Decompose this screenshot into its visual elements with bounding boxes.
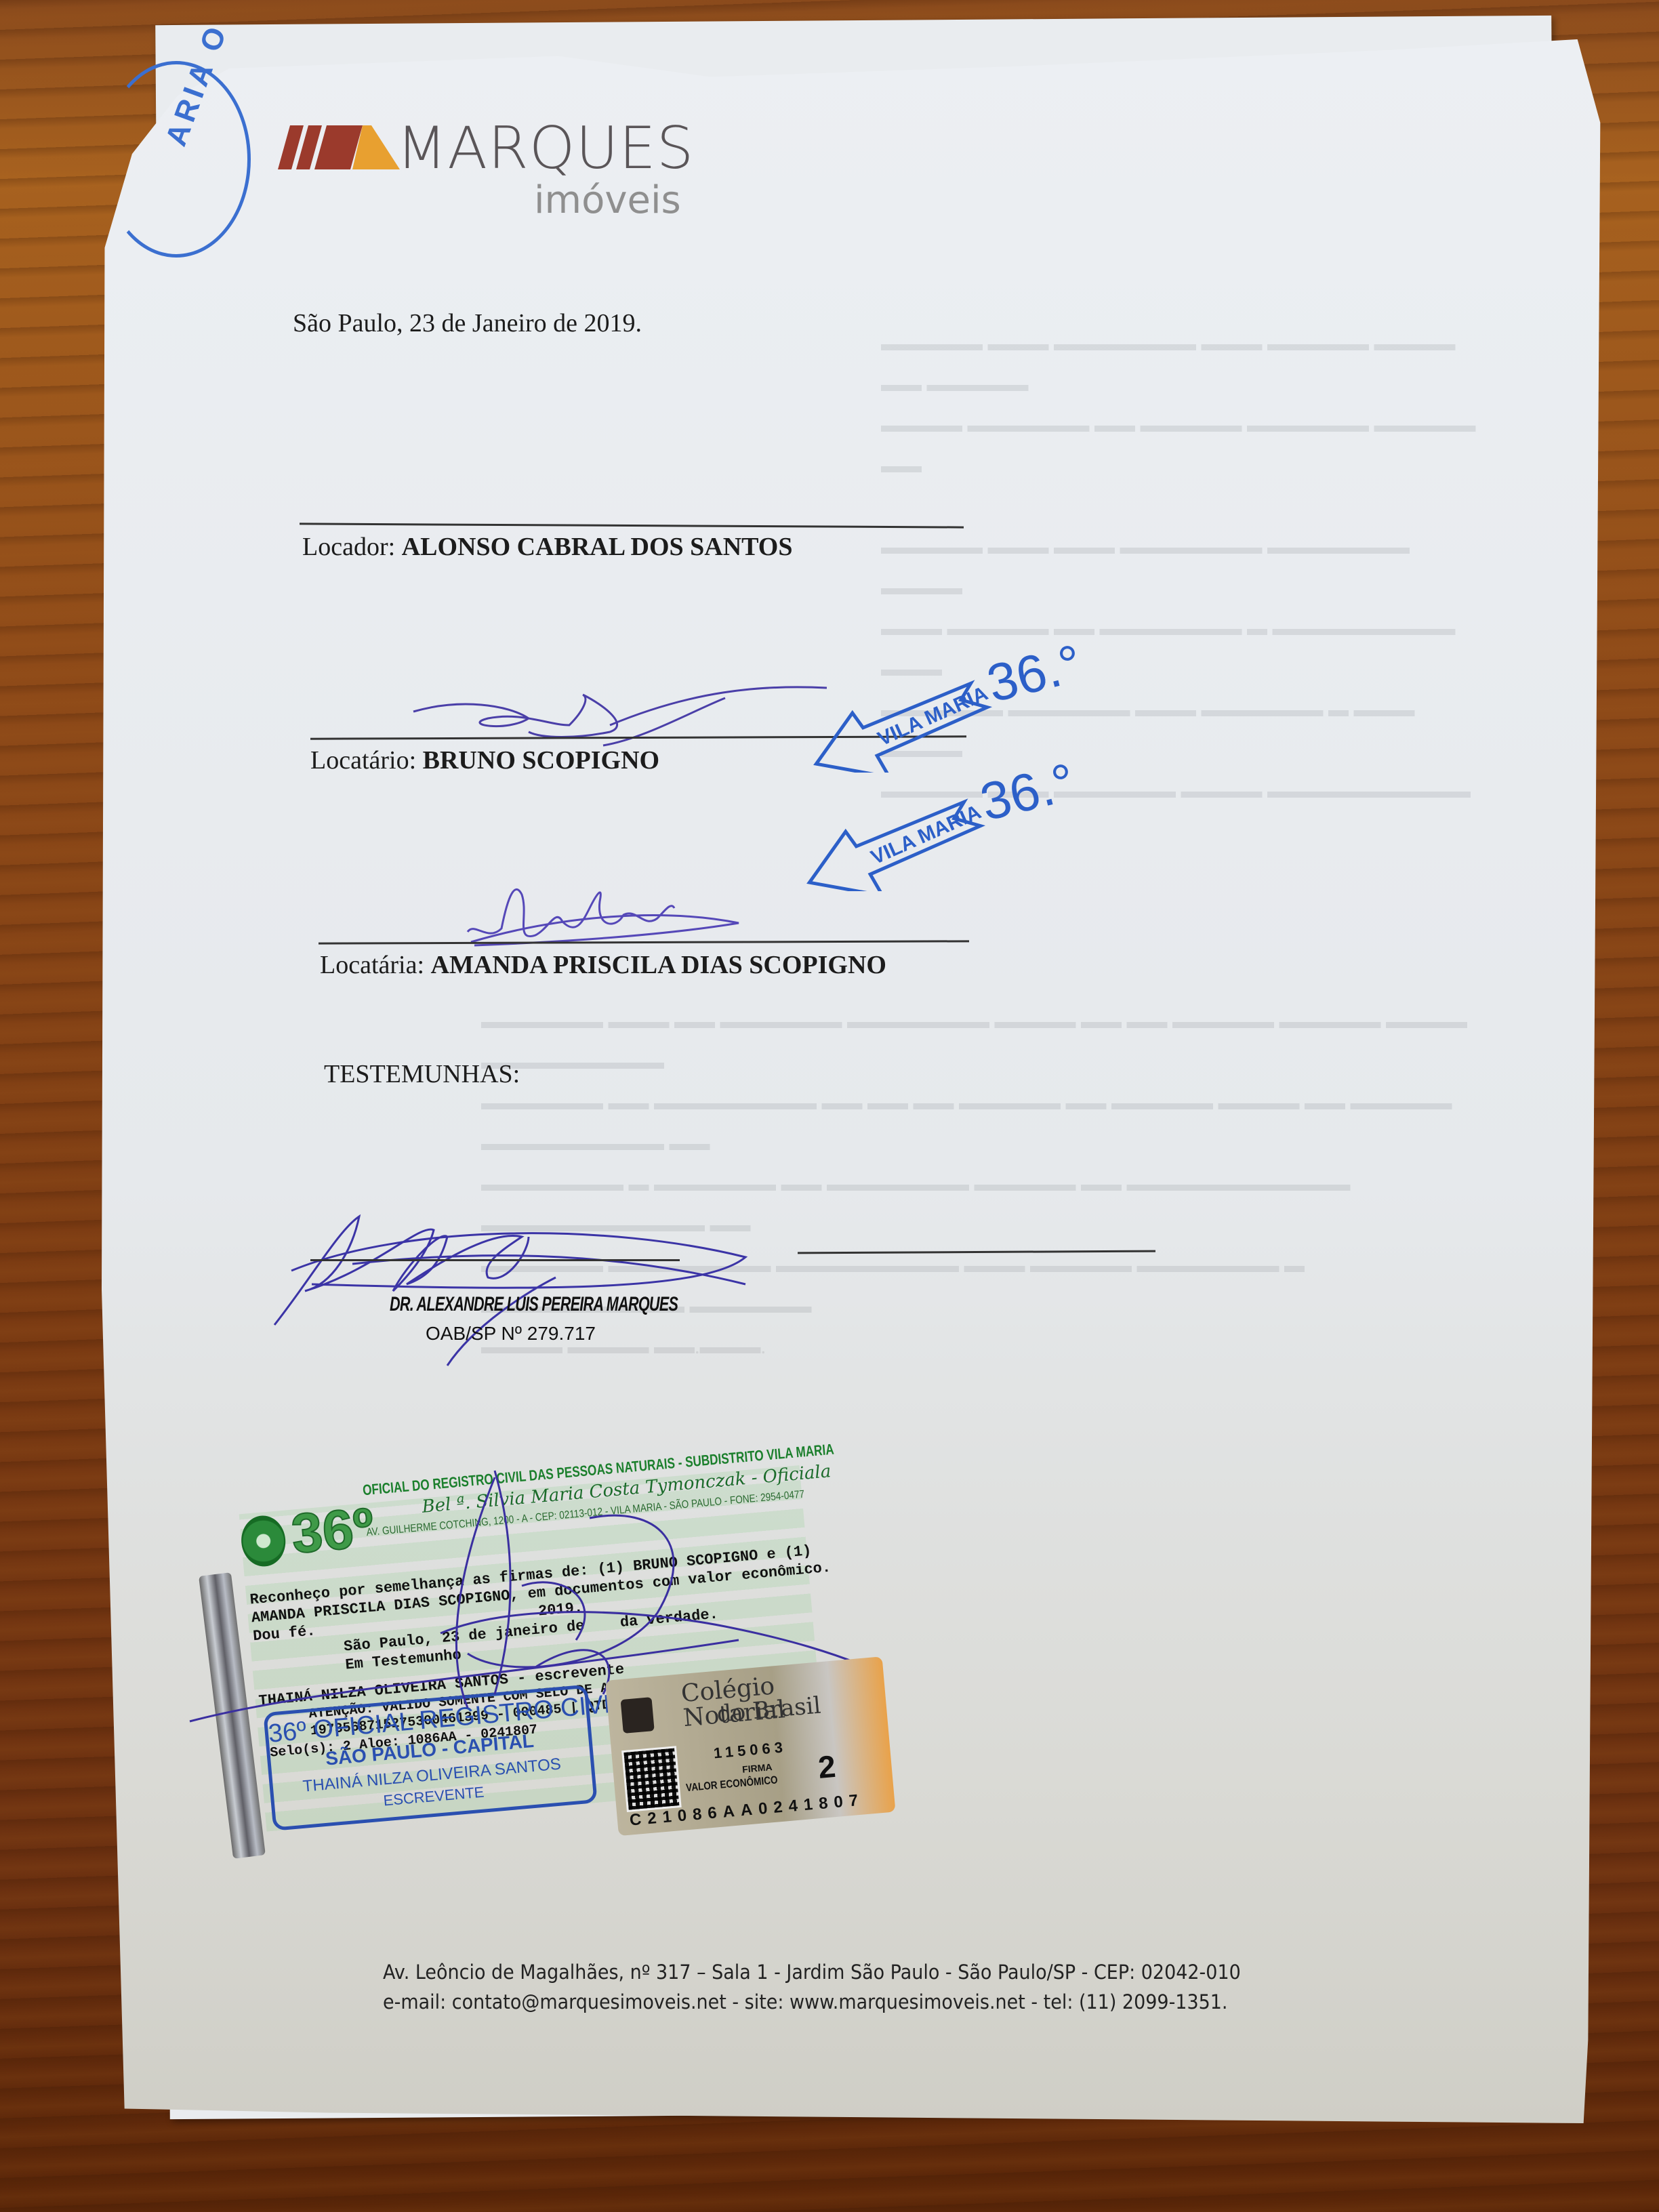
signatory-locatario: Locatário: BRUNO SCOPIGNO: [310, 745, 659, 775]
svg-text:36.°: 36.°: [981, 637, 1088, 714]
signatory-name: AMANDA PRISCILA DIAS SCOPIGNO: [431, 951, 886, 979]
brand-name: MARQUES: [396, 115, 694, 182]
witness-oab-number: OAB/SP Nº 279.717: [426, 1323, 596, 1345]
footer-address: Av. Leôncio de Magalhães, nº 317 – Sala …: [383, 1957, 1241, 1987]
qr-code-icon: [621, 1746, 682, 1812]
vila-maria-arrow-stamp: VILA MARIA 36.°: [800, 637, 1139, 773]
brand-subtitle: imóveis: [534, 178, 681, 222]
witness-name: DR. ALEXANDRE LUIS PEREIRA MARQUES: [390, 1293, 678, 1316]
signatory-locataria: Locatária: AMANDA PRISCILA DIAS SCOPIGNO: [320, 950, 886, 980]
signatory-locador: Locador: ALONSO CABRAL DOS SANTOS: [302, 532, 793, 562]
authenticity-seal-sticker: Colégio Notarial do Brasil 115063 FIRMA …: [605, 1656, 895, 1836]
seal-quantity: 2: [817, 1748, 837, 1786]
footer-contact: e-mail: contato@marquesimoveis.net - sit…: [383, 1987, 1241, 2017]
seal-serial: 115063: [713, 1738, 787, 1762]
vila-maria-circular-stamp: ARIA O: [102, 61, 251, 258]
svg-text:36.°: 36.°: [975, 756, 1081, 832]
letterhead-footer: Av. Leôncio de Magalhães, nº 317 – Sala …: [383, 1957, 1241, 2017]
vila-maria-arrow-stamp: VILA MARIA 36.°: [793, 756, 1132, 891]
roof-bars-icon: [278, 125, 400, 169]
witness-line-1: [310, 1259, 680, 1261]
role-label: Locador:: [302, 533, 395, 561]
seal-type: FIRMA: [741, 1761, 773, 1775]
colegio-notarial-logo-icon: [621, 1697, 655, 1734]
role-label: Locatário:: [310, 746, 416, 775]
seal-type: VALOR ECONÔMICO: [686, 1774, 779, 1795]
witnesses-heading: TESTEMUNHAS:: [324, 1059, 520, 1089]
signatory-name: BRUNO SCOPIGNO: [423, 746, 659, 775]
role-label: Locatária:: [320, 951, 424, 979]
signatory-name: ALONSO CABRAL DOS SANTOS: [402, 533, 793, 561]
date-line: São Paulo, 23 de Janeiro de 2019.: [293, 308, 642, 338]
